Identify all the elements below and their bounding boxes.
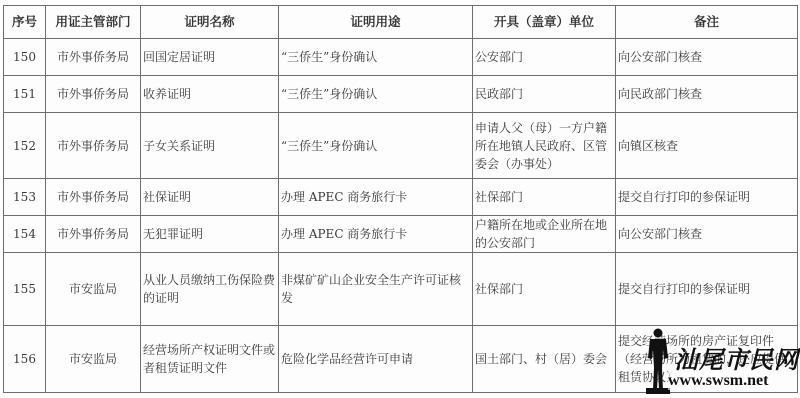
header-dept: 用证主管部门	[46, 6, 141, 39]
header-name: 证明名称	[141, 6, 279, 39]
table-row: 153 市外事侨务局 社保证明 办理 APEC 商务旅行卡 社保部门 提交自行打…	[4, 179, 798, 216]
cell-name: 子女关系证明	[141, 113, 279, 179]
cell-no: 152	[4, 113, 46, 179]
cell-no: 153	[4, 179, 46, 216]
cell-usage: “三侨生”身份确认	[279, 39, 473, 76]
cell-usage: 危险化学品经营许可申请	[279, 326, 473, 393]
cell-remark: 向公安部门核查	[616, 216, 798, 253]
header-usage: 证明用途	[279, 6, 473, 39]
cell-issuer: 民政部门	[473, 76, 616, 113]
cell-dept: 市外事侨务局	[46, 113, 141, 179]
table-row: 152 市外事侨务局 子女关系证明 “三侨生”身份确认 申请人父（母）一方户籍所…	[4, 113, 798, 179]
header-no: 序号	[4, 6, 46, 39]
cell-name: 回国定居证明	[141, 39, 279, 76]
table-row: 150 市外事侨务局 回国定居证明 “三侨生”身份确认 公安部门 向公安部门核查	[4, 39, 798, 76]
cell-no: 154	[4, 216, 46, 253]
cell-dept: 市安监局	[46, 253, 141, 326]
cell-dept: 市外事侨务局	[46, 39, 141, 76]
cell-issuer: 公安部门	[473, 39, 616, 76]
cell-dept: 市外事侨务局	[46, 216, 141, 253]
cell-issuer: 社保部门	[473, 253, 616, 326]
cell-no: 156	[4, 326, 46, 393]
cell-name: 收养证明	[141, 76, 279, 113]
cell-usage: “三侨生”身份确认	[279, 76, 473, 113]
table-row: 156 市安监局 经营场所产权证明文件或者租赁证明文件 危险化学品经营许可申请 …	[4, 326, 798, 393]
cell-remark: 向镇区核查	[616, 113, 798, 179]
cell-dept: 市外事侨务局	[46, 76, 141, 113]
cell-dept: 市外事侨务局	[46, 179, 141, 216]
cell-usage: 非煤矿矿山企业安全生产许可证核发	[279, 253, 473, 326]
cell-issuer: 社保部门	[473, 179, 616, 216]
cell-remark: 提交经营场所的房产证复印件（经营场所为租赁的，还应提供租赁协议）	[616, 326, 798, 393]
cell-remark: 向民政部门核查	[616, 76, 798, 113]
table-row: 154 市外事侨务局 无犯罪证明 办理 APEC 商务旅行卡 户籍所在地或企业所…	[4, 216, 798, 253]
table-header-row: 序号 用证主管部门 证明名称 证明用途 开具（盖章）单位 备注	[4, 6, 798, 39]
table-row: 155 市安监局 从业人员缴纳工伤保险费的证明 非煤矿矿山企业安全生产许可证核发…	[4, 253, 798, 326]
cell-dept: 市安监局	[46, 326, 141, 393]
cell-issuer: 国土部门、村（居）委会	[473, 326, 616, 393]
cell-name: 社保证明	[141, 179, 279, 216]
cell-name: 从业人员缴纳工伤保险费的证明	[141, 253, 279, 326]
cell-no: 150	[4, 39, 46, 76]
cell-issuer: 申请人父（母）一方户籍所在地镇人民政府、区管委会（办事处）	[473, 113, 616, 179]
certificate-table: 序号 用证主管部门 证明名称 证明用途 开具（盖章）单位 备注 150 市外事侨…	[3, 5, 798, 393]
table-row: 151 市外事侨务局 收养证明 “三侨生”身份确认 民政部门 向民政部门核查	[4, 76, 798, 113]
cell-no: 151	[4, 76, 46, 113]
cell-issuer: 户籍所在地或企业所在地的公安部门	[473, 216, 616, 253]
cell-remark: 提交自行打印的参保证明	[616, 253, 798, 326]
cell-usage: 办理 APEC 商务旅行卡	[279, 179, 473, 216]
cell-remark: 向公安部门核查	[616, 39, 798, 76]
header-issuer: 开具（盖章）单位	[473, 6, 616, 39]
cell-name: 经营场所产权证明文件或者租赁证明文件	[141, 326, 279, 393]
cell-name: 无犯罪证明	[141, 216, 279, 253]
cell-remark: 提交自行打印的参保证明	[616, 179, 798, 216]
cell-usage: “三侨生”身份确认	[279, 113, 473, 179]
header-remark: 备注	[616, 6, 798, 39]
cell-no: 155	[4, 253, 46, 326]
cell-usage: 办理 APEC 商务旅行卡	[279, 216, 473, 253]
